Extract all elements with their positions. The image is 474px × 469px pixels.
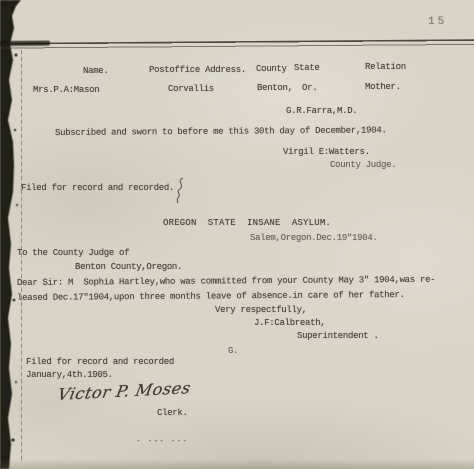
double-rule-line bbox=[0, 39, 474, 50]
clerk-signature: Victor P. Moses bbox=[56, 378, 193, 404]
table-header-relation: Relation bbox=[365, 63, 406, 72]
letter-address-line1: To the County Judge of bbox=[17, 249, 129, 258]
rule-ink-blob bbox=[0, 41, 50, 46]
bottom-page-shadow bbox=[0, 459, 474, 469]
filed-note: Filed for record and recorded. bbox=[21, 184, 174, 193]
table-header-postoffice: Postoffice Address. bbox=[149, 66, 246, 75]
letter-body-line1: Dear Sir: M Sophia Hartley,who was commi… bbox=[17, 276, 435, 288]
torn-page-edge bbox=[0, 0, 30, 469]
filing-line2: January,4th.1905. bbox=[26, 371, 113, 380]
table-row-state: Or. bbox=[302, 84, 317, 93]
table-row-county: Benton, bbox=[257, 84, 293, 93]
physician-name: G.R.Farra,M.D. bbox=[286, 107, 357, 116]
letter-dateline: Salem,Oregon.Dec.19"1904. bbox=[250, 234, 378, 243]
table-row-name: Mrs.P.A:Mason bbox=[33, 86, 99, 95]
letter-body-line2: leased Dec.17"1904,upon three months lea… bbox=[17, 291, 405, 303]
letter-signer-name: J.F:Calbreath, bbox=[254, 319, 325, 328]
page-number: 15 bbox=[428, 16, 447, 28]
judge-title: County Judge. bbox=[330, 161, 396, 170]
sworn-statement: Subscribed and sworn to before me this 3… bbox=[55, 126, 387, 138]
table-row-postoffice: Corvallis bbox=[168, 85, 214, 94]
table-header-county: County bbox=[256, 65, 287, 74]
filing-line1: Filed for record and recorded bbox=[26, 358, 174, 367]
letter-address-line2: Benton County,Oregon. bbox=[75, 263, 182, 272]
letter-signer-title: Superintendent . bbox=[297, 332, 379, 341]
end-mark-dashes: - --- --- bbox=[136, 437, 188, 446]
table-header-state: State bbox=[294, 64, 320, 73]
table-row-relation: Mother. bbox=[365, 83, 401, 92]
table-header-name: Name. bbox=[83, 67, 109, 76]
letter-heading: OREGON STATE INSANE ASYLUM. bbox=[163, 219, 331, 228]
scanned-document-page: 15 Name. Postoffice Address. County Stat… bbox=[0, 0, 474, 469]
handwritten-squiggle bbox=[172, 176, 190, 204]
clerk-title: Clerk. bbox=[157, 409, 188, 418]
stenographer-initial: G. bbox=[228, 347, 238, 356]
letter-valediction: Very respectfully, bbox=[215, 306, 307, 315]
judge-name: Virgil E:Watters. bbox=[283, 148, 370, 157]
